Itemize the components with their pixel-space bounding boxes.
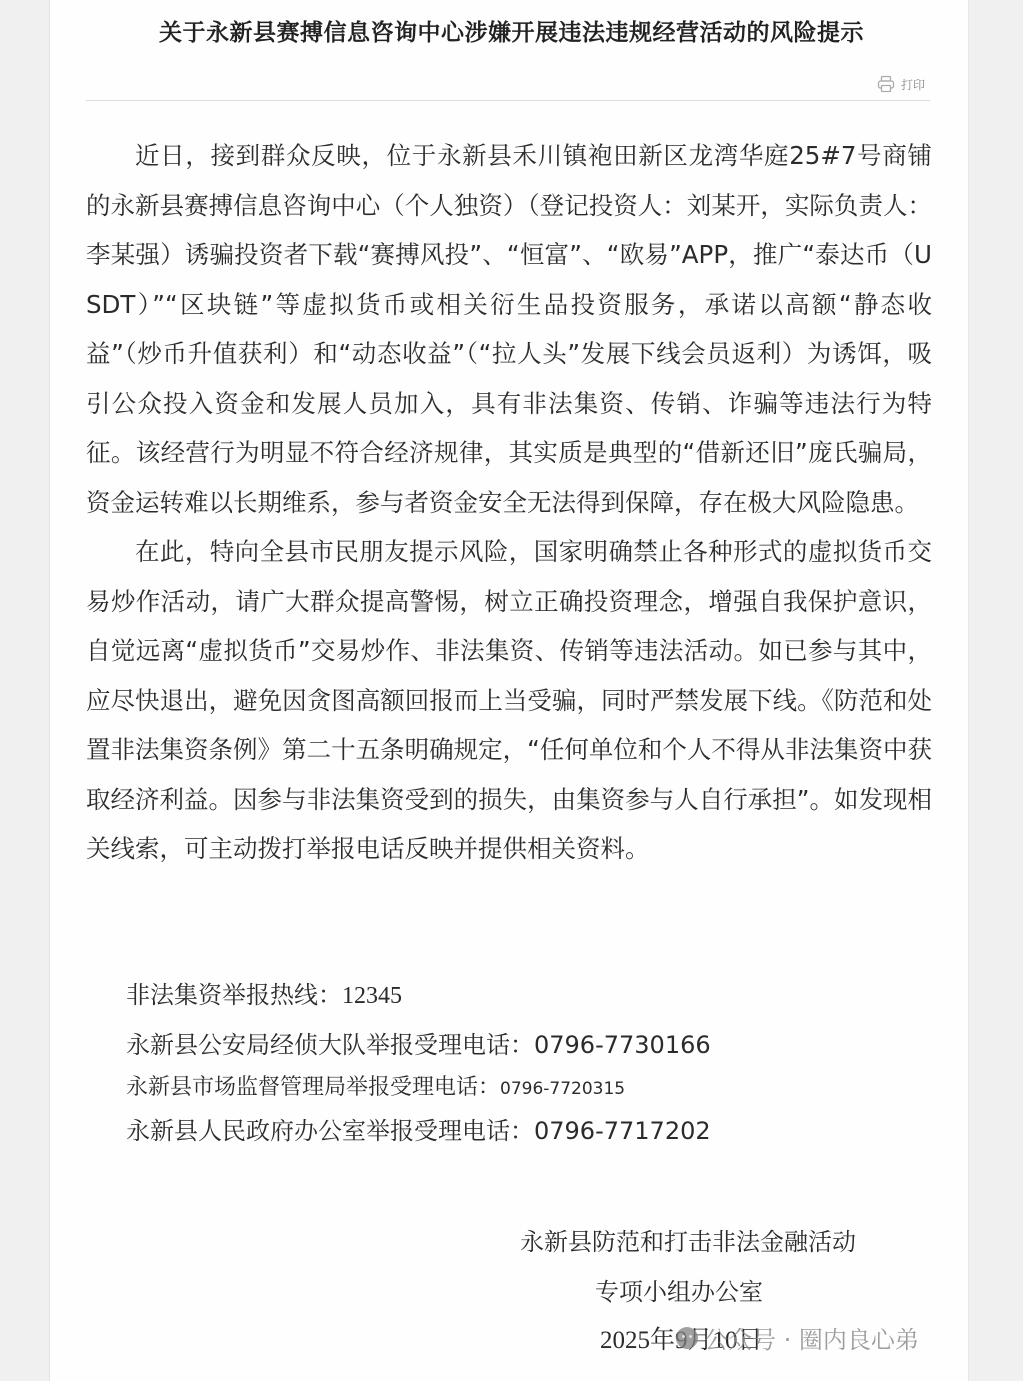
print-button[interactable]: 打印	[877, 74, 925, 94]
hotline-government-office: 永新县人民政府办公室举报受理电话：0796-7717202	[126, 1109, 926, 1153]
hotline-market-supervision: 永新县市场监督管理局举报受理电话：0796-7720315	[126, 1067, 926, 1109]
hotline-label: 永新县市场监督管理局举报受理电话：	[126, 1075, 500, 1100]
print-label: 打印	[901, 76, 925, 93]
signature-date: 2025年9月10日	[600, 1320, 763, 1356]
hotline-illegal-fundraising: 非法集资举报热线：12345	[126, 975, 926, 1023]
hotline-label: 永新县人民政府办公室举报受理电话：	[126, 1117, 534, 1145]
hotline-label: 永新县公安局经侦大队举报受理电话：	[126, 1031, 534, 1059]
paragraph-1: 近日，接到群众反映，位于永新县禾川镇袍田新区龙湾华庭25#7号商铺的永新县赛搏信…	[86, 131, 932, 527]
hotline-label: 非法集资举报热线：	[126, 981, 342, 1009]
article-body: 近日，接到群众反映，位于永新县禾川镇袍田新区龙湾华庭25#7号商铺的永新县赛搏信…	[86, 131, 932, 874]
hotline-number[interactable]: 0796-7720315	[500, 1079, 625, 1099]
hotline-number[interactable]: 0796-7730166	[534, 1031, 711, 1059]
hotline-number[interactable]: 0796-7717202	[534, 1117, 711, 1145]
hotline-public-security: 永新县公安局经侦大队举报受理电话：0796-7730166	[126, 1023, 926, 1067]
title-divider	[86, 100, 930, 101]
hotline-number[interactable]: 12345	[342, 983, 402, 1009]
article-title: 关于永新县赛搏信息咨询中心涉嫌开展违法违规经营活动的风险提示	[0, 14, 1023, 47]
printer-icon	[877, 75, 895, 93]
signature-org-line1: 永新县防范和打击非法金融活动	[520, 1222, 856, 1257]
paragraph-2: 在此，特向全县市民朋友提示风险，国家明确禁止各种形式的虚拟货币交易炒作活动，请广…	[86, 527, 932, 874]
signature-org-line2: 专项小组办公室	[595, 1272, 763, 1307]
hotline-list: 非法集资举报热线：12345 永新县公安局经侦大队举报受理电话：0796-773…	[126, 975, 926, 1153]
